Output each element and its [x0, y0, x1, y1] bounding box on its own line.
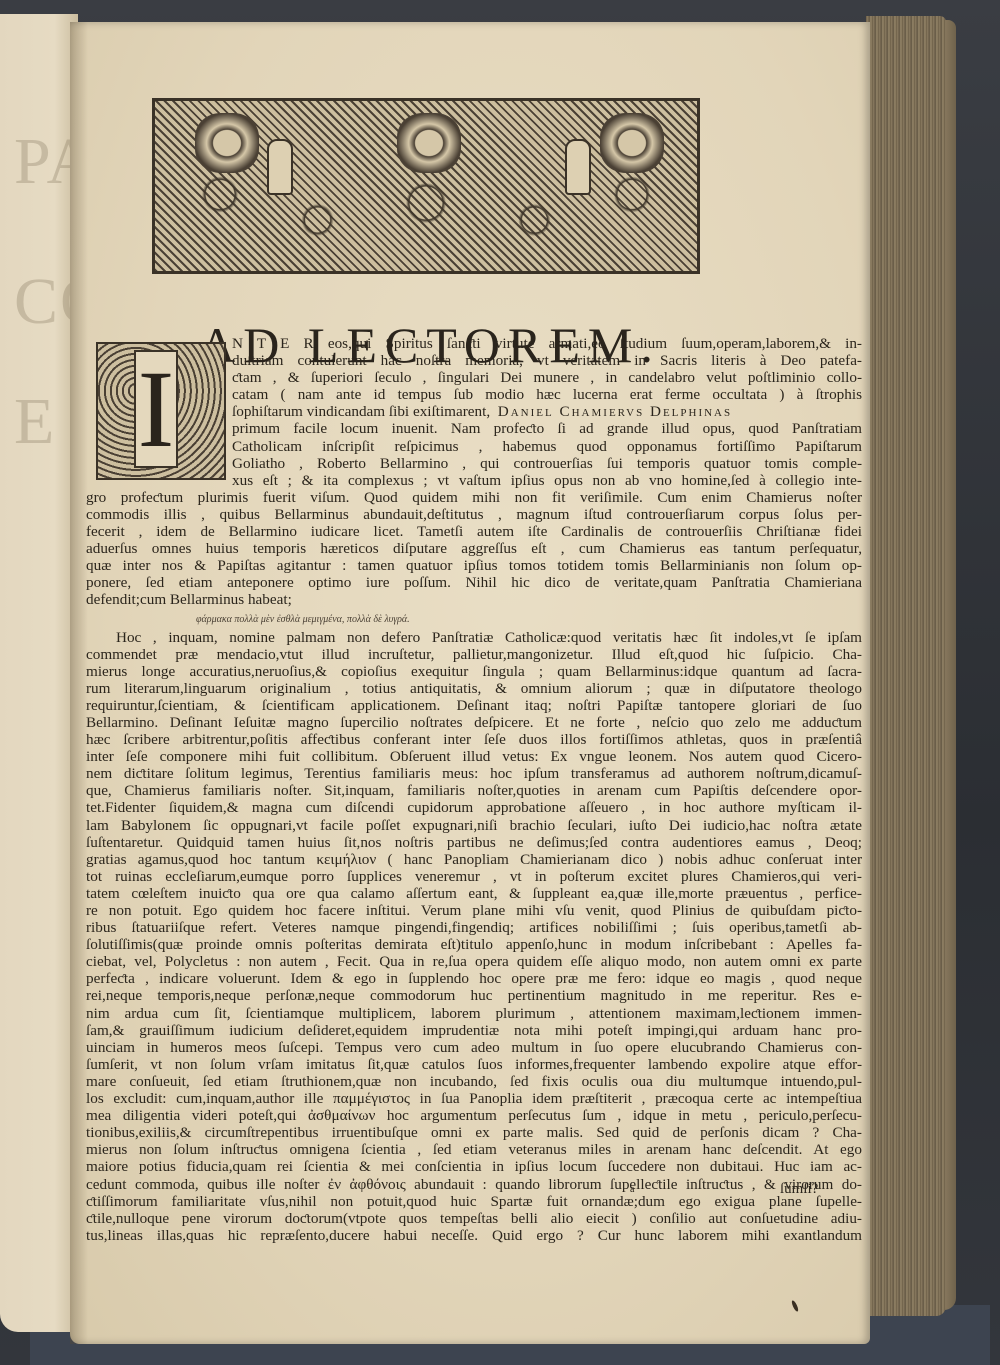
text-line: requiruntur,ſcientiam, & ſcientificam ap… [86, 697, 862, 714]
text-line: ponere, ſed etiam anteponere optimo iure… [86, 574, 862, 591]
text-line: duſtriam contulerunt hac noſtra memoria,… [86, 352, 862, 369]
text-line: los excludit: cum,inquam,author ille παμ… [86, 1090, 862, 1107]
text-line: quæ inter nos & Papiſtas agitantur : tam… [86, 557, 862, 574]
text-line: tus,lineas illas,quas hic repræſento,duc… [86, 1227, 862, 1244]
text-line: nem diƈtitare ſolitum legimus, Terentius… [86, 765, 862, 782]
text-line: ƈtile,nulloque pene virorum doƈtorum(vtp… [86, 1210, 862, 1227]
text-fragment: ſophiſtarum vindicandam ſibi exiſtimaren… [232, 403, 490, 420]
text-line: primum facile locum inuenit. Nam profeƈt… [86, 420, 862, 437]
text-line: re non potuit. Ego quidem hoc facere inſ… [86, 902, 862, 919]
text-line: que, Chamierus familiaris noſter. Sit,in… [86, 782, 862, 799]
greek-quotation: φάρμακα πολλὰ μὲν ἐσθλὰ μεμιγμένα, πολλὰ… [86, 609, 862, 629]
text-line: Bellarmino. Deſinant Ieſuitæ magno ſuper… [86, 714, 862, 731]
text-line: hæc ſcribere arbitrentur,poſitis affeƈti… [86, 731, 862, 748]
left-facing-page: PA CO E [0, 14, 78, 1332]
text-line: maiore potius fiducia,quam rei ſcientia … [86, 1158, 862, 1175]
text-line: inter ſeſe componere mihi fuit collibitu… [86, 748, 862, 765]
signature-mark: a [630, 1184, 634, 1195]
text-line: ſuſtentaretur. Quidquid tamen huius ſit,… [86, 834, 862, 851]
text-line: aduerſus omnes huius temporis hæreticos … [86, 540, 862, 557]
page-fore-edge [866, 16, 946, 1316]
author-name: Daniel Chamiervs Delphinas [498, 403, 732, 420]
urn-icon [565, 139, 591, 195]
text-line: commodis illis , quibus Bellarminus abun… [86, 506, 862, 523]
text-line: tot ruinas eccleſiarum,eumque porro ſupp… [86, 868, 862, 885]
urn-icon [267, 139, 293, 195]
text-line: lam Babylonem ſic oppugnari,vt facile po… [86, 817, 862, 834]
text-line: Goliatho , Roberto Bellarmino , qui cont… [86, 455, 862, 472]
text-line: nim ardua cum ſit, ſcientiamque multipli… [86, 1005, 862, 1022]
text-line: ciebat, vel, Polycletus : non autem , Fe… [86, 953, 862, 970]
text-line: rei,neque temporis,neque perſonæ,neque c… [86, 987, 862, 1004]
text-line: mare conſueuit, ſed etiam ſtruthionem,qu… [86, 1073, 862, 1090]
text-line: gro profeƈtum plurimis fuerit viſum. Quo… [86, 489, 862, 506]
text-line: N T E R eos,qui Spiritus ſanƈti virtute … [86, 335, 862, 352]
text-line: commendet præ mendacio,vtut illud incruſ… [86, 646, 862, 663]
catchword: ſumſi? [780, 1181, 818, 1198]
text-line: rum literarum,linguarum originalium , to… [86, 680, 862, 697]
text-line: ſolutiſſimis(quæ proinde omnis poſterita… [86, 936, 862, 953]
text-line: tet.Fidenter ſiquidem,& magna cum diſcen… [86, 799, 862, 816]
text-line: gratias agamus,quod hoc tantum κειμήλιον… [86, 851, 862, 868]
text-line: tionibus,exiliis,& circumſtrepentibus ir… [86, 1124, 862, 1141]
text-line: perfeƈta , indicare voluerunt. Idem & eg… [86, 970, 862, 987]
text-line: cedunt commoda, quibus ille noſter ἐν ἀφ… [86, 1176, 862, 1193]
text-line: defendit;cum Bellarminus habeat; [86, 591, 862, 608]
text-line: fecerit , idem de Bellarmino iudicare li… [86, 523, 862, 540]
text-line: ƈtiſſimorum familiaritate vſus,nihil non… [86, 1193, 862, 1210]
cherub-figure-icon [397, 113, 461, 173]
show-through-text: E [14, 384, 56, 460]
text-line: Hoc , inquam, nomine palmam non defero P… [86, 629, 862, 646]
text-line: xus eſt ; & ita complexus ; vt vaſtum ip… [86, 472, 862, 489]
text-line: catam ( nam ante id tempus ſub modio hæc… [86, 386, 862, 403]
text-line: mierus longe accuratius,neruoſius,& copi… [86, 663, 862, 680]
text-line: ſophiſtarum vindicandam ſibi exiſtimaren… [86, 403, 862, 420]
cherub-figure-icon [600, 113, 664, 173]
text-line: ſam,& grauiſſimum iudicium deſideret,equ… [86, 1022, 862, 1039]
text-line: ribus ſtatuariiſque refert. Veteres namq… [86, 919, 862, 936]
text-line: Catholicam inſcripſit reſpicimus , habem… [86, 438, 862, 455]
show-through-text: PA [14, 124, 78, 200]
text-line: tatem cœleſtem inuiƈto qua ore qua calam… [86, 885, 862, 902]
text-line: ſumſerit, vt non ſolum vrſam imitatus ſi… [86, 1056, 862, 1073]
show-through-text: CO [14, 264, 78, 340]
ornamental-headpiece [152, 98, 700, 274]
text-line: uinciam in humeros meos ſuſcepi. Tempus … [86, 1039, 862, 1056]
cherub-figure-icon [195, 113, 259, 173]
text-line: ƈtam , & ſuperiori ſeculo , ſingulari De… [86, 369, 862, 386]
body-text: N T E R eos,qui Spiritus ſanƈti virtute … [86, 335, 862, 1244]
text-line: mierus non ſolum inſtruƈtus omnigena ſci… [86, 1141, 862, 1158]
text-line: mea diligentia videri poteſt,qui ἀσθμαίν… [86, 1107, 862, 1124]
